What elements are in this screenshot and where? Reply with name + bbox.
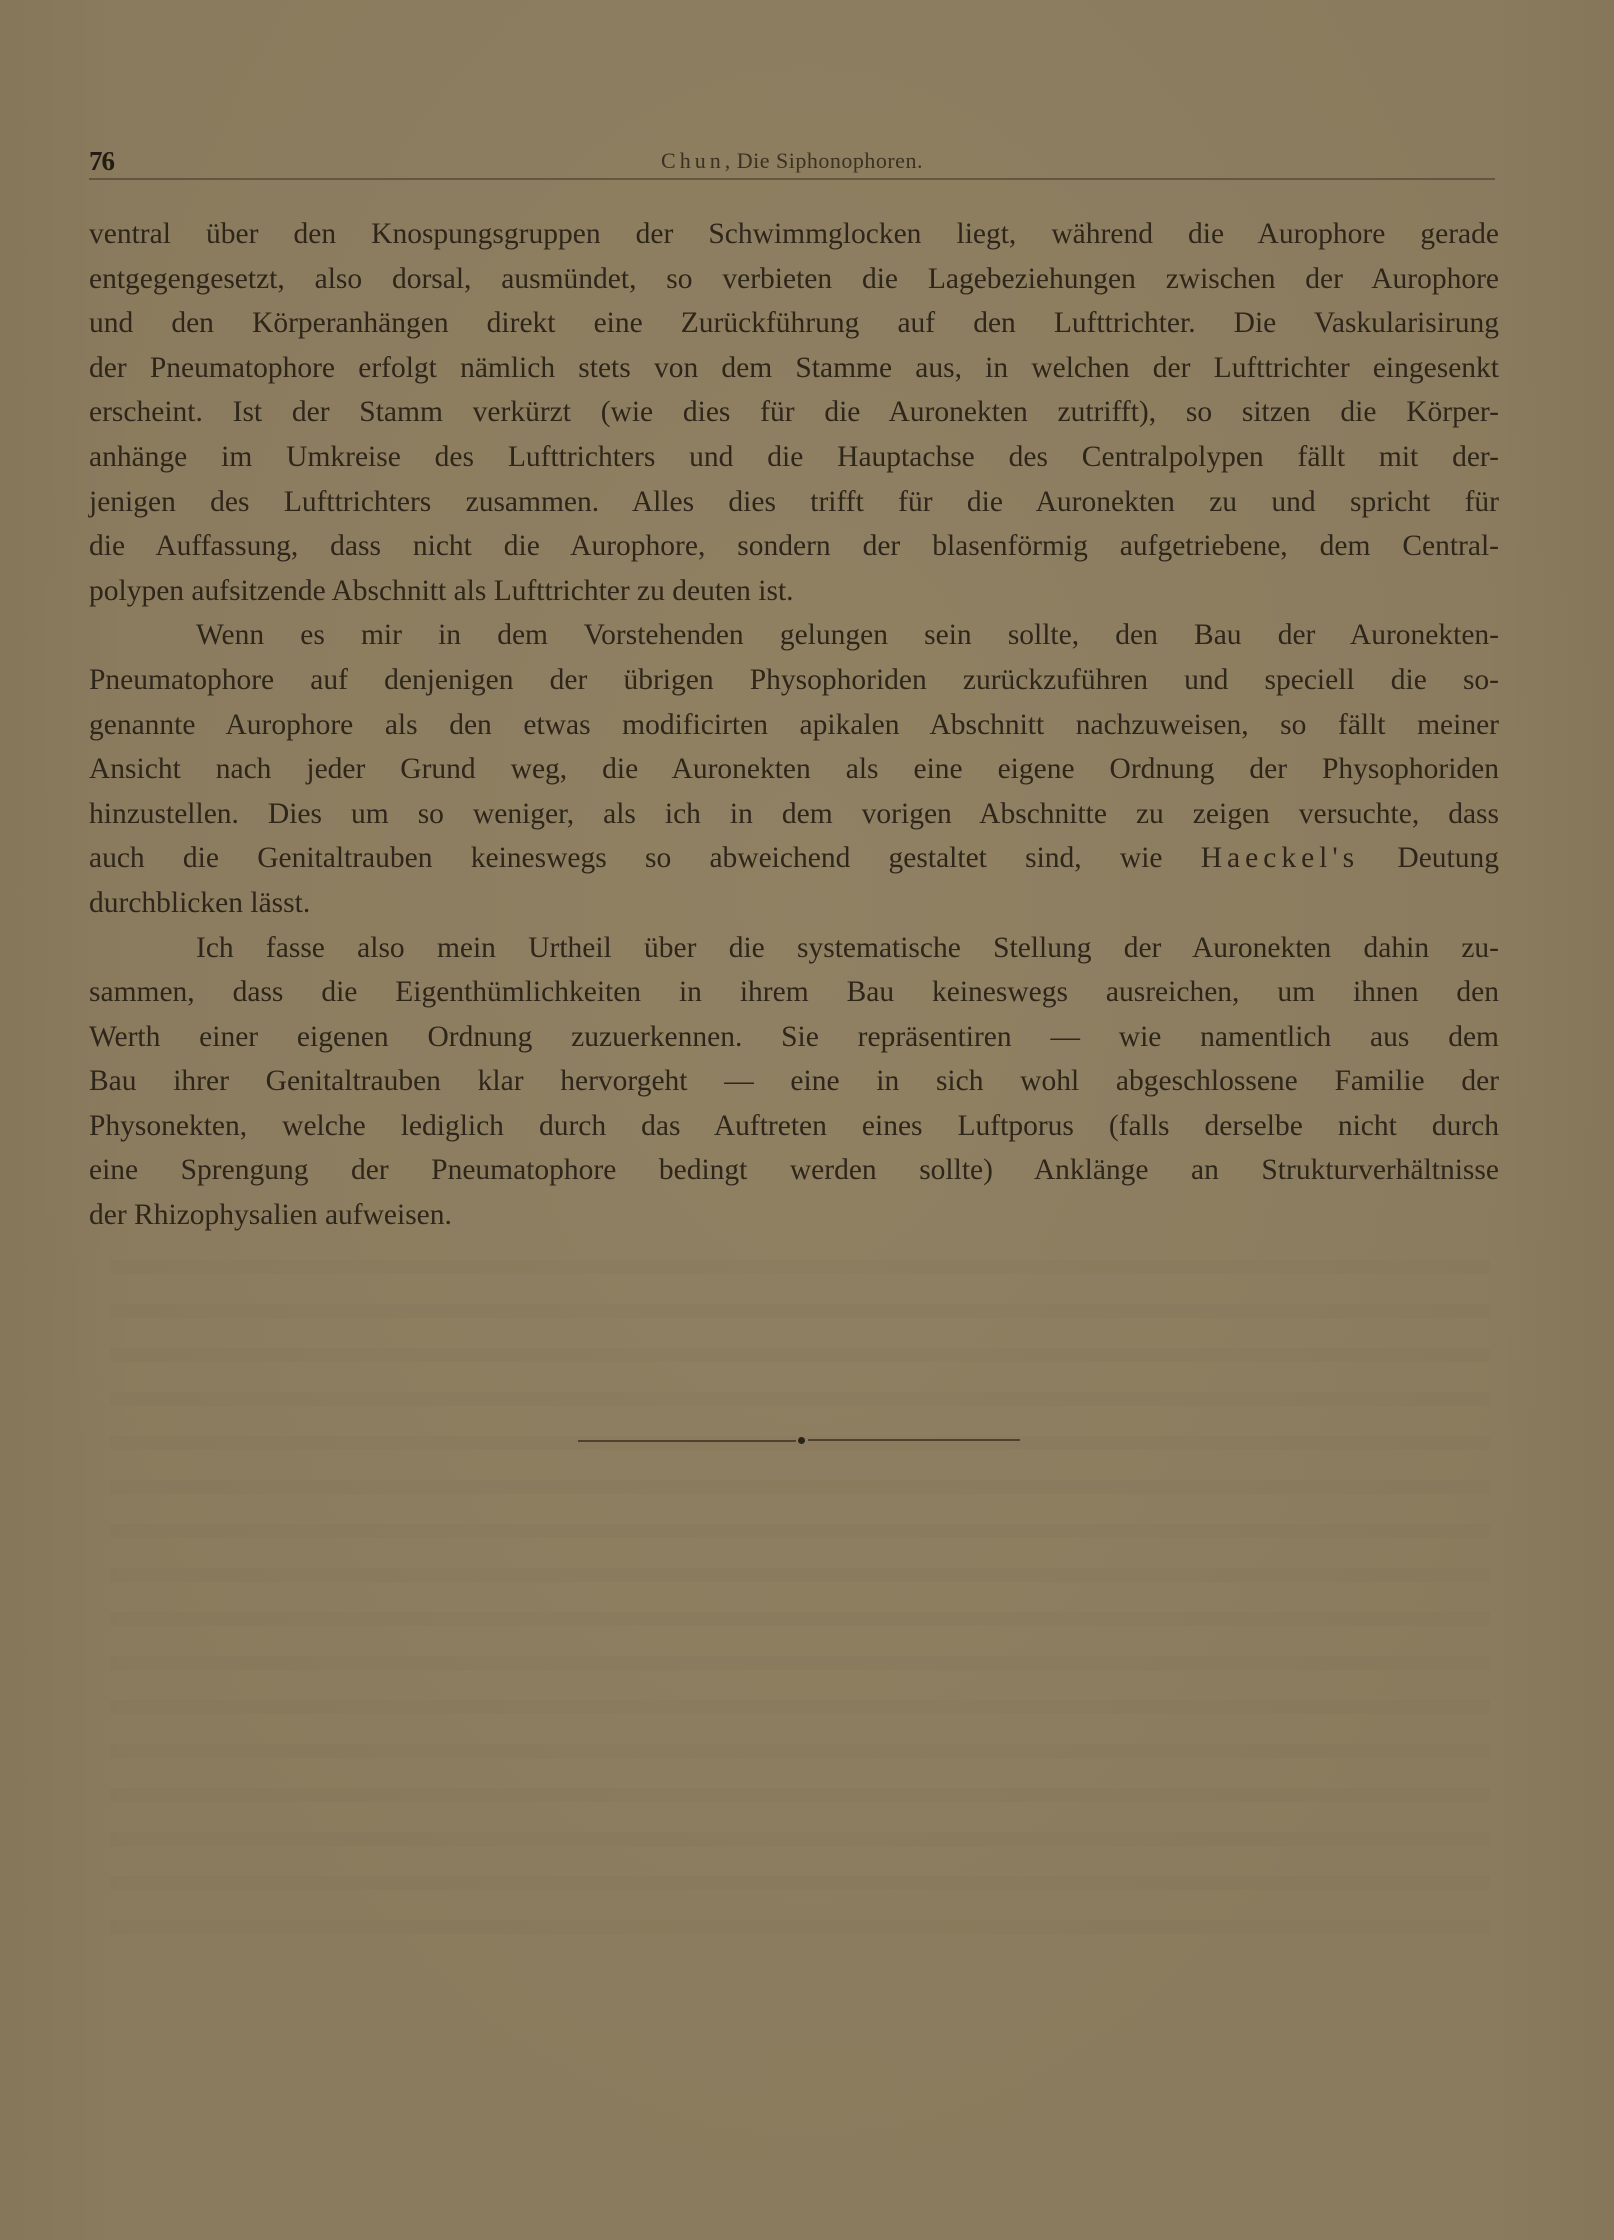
- text-line: Pneumatophore auf denjenigen der übrigen…: [89, 658, 1499, 703]
- text-line: der Pneumatophore erfolgt nämlich stets …: [89, 346, 1499, 391]
- text-line: hinzustellen. Dies um so weniger, als ic…: [89, 792, 1499, 837]
- text-line: eine Sprengung der Pneumatophore bedingt…: [89, 1148, 1499, 1193]
- paragraph-2: Wenn es mir in dem Vorstehenden gelungen…: [89, 613, 1499, 925]
- text-line: genannte Aurophore als den etwas modific…: [89, 703, 1499, 748]
- text-line: die Auffassung, dass nicht die Aurophore…: [89, 524, 1499, 569]
- text-line: erscheint. Ist der Stamm verkürzt (wie d…: [89, 390, 1499, 435]
- text-line: Physonekten, welche lediglich durch das …: [89, 1104, 1499, 1149]
- text-line: jenigen des Lufttrichters zusammen. Alle…: [89, 480, 1499, 525]
- running-title: Chun, Die Siphonophoren.: [89, 148, 1495, 174]
- header-rule: [89, 178, 1495, 180]
- text-line: ventral über den Knospungsgruppen der Sc…: [89, 212, 1499, 257]
- body-text: ventral über den Knospungsgruppen der Sc…: [89, 212, 1499, 1238]
- text-line: Werth einer eigenen Ordnung zuzuerkennen…: [89, 1015, 1499, 1060]
- text-line: der Rhizophysalien aufweisen.: [89, 1193, 1499, 1238]
- ornament-dot-icon: [798, 1437, 805, 1444]
- text-fragment: auch die Genitaltrauben keineswegs so ab…: [89, 842, 1201, 874]
- paragraph-3: Ich fasse also mein Urtheil über die sys…: [89, 926, 1499, 1238]
- text-line: Ansicht nach jeder Grund weg, die Aurone…: [89, 747, 1499, 792]
- author-name-spaced: Haeckel's: [1201, 842, 1359, 874]
- text-line: entgegengesetzt, also dorsal, ausmündet,…: [89, 257, 1499, 302]
- book-page: 76 Chun, Die Siphonophoren. ventral über…: [0, 0, 1614, 2240]
- section-end-ornament: [578, 1438, 1020, 1444]
- text-line: und den Körperanhängen direkt eine Zurüc…: [89, 301, 1499, 346]
- text-line: durchblicken lässt.: [89, 881, 1499, 926]
- text-line: polypen aufsitzende Abschnitt als Lufttr…: [89, 569, 1499, 614]
- ornament-rule-right: [808, 1439, 1020, 1441]
- text-fragment: Deutung: [1359, 842, 1499, 874]
- ornament-rule-left: [578, 1440, 796, 1442]
- text-line: Wenn es mir in dem Vorstehenden gelungen…: [89, 613, 1499, 658]
- show-through-texture: [110, 1230, 1490, 1950]
- running-title-separator: ,: [725, 148, 737, 173]
- text-line: Bau ihrer Genitaltrauben klar hervorgeht…: [89, 1059, 1499, 1104]
- text-line: sammen, dass die Eigenthümlichkeiten in …: [89, 970, 1499, 1015]
- text-line-with-name: auch die Genitaltrauben keineswegs so ab…: [89, 836, 1499, 881]
- running-head: 76 Chun, Die Siphonophoren.: [89, 146, 1495, 178]
- paragraph-1: ventral über den Knospungsgruppen der Sc…: [89, 212, 1499, 613]
- running-title-text: Die Siphonophoren.: [737, 148, 923, 173]
- text-line: Ich fasse also mein Urtheil über die sys…: [89, 926, 1499, 971]
- running-title-author: Chun: [661, 148, 725, 173]
- text-line: anhänge im Umkreise des Lufttrichters un…: [89, 435, 1499, 480]
